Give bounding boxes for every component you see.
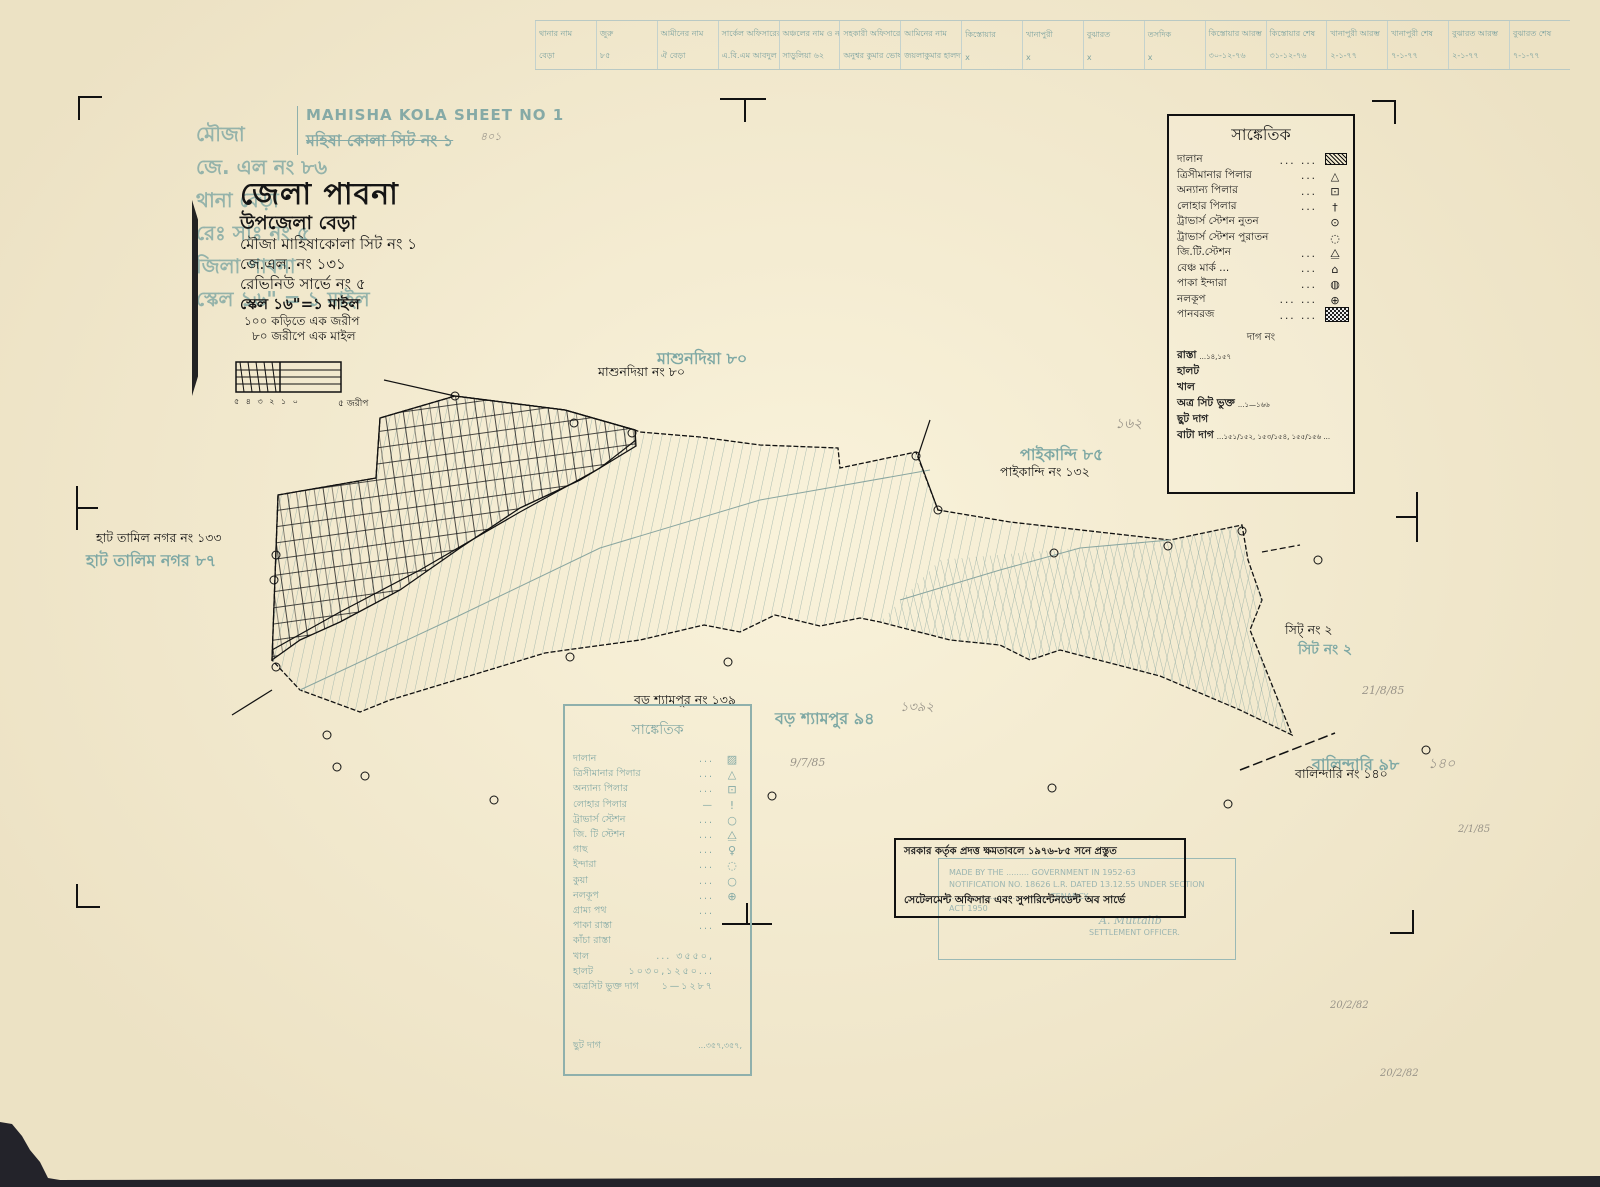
legend-title: সাঙ্কেতিক (1169, 122, 1353, 149)
legend-extra-row: অত্র সিট ভুক্ত...১—১৬৬ (1169, 397, 1353, 413)
legend-label: ইন্দারা (573, 858, 596, 873)
legend-label: নলকূপ (1177, 292, 1206, 309)
legend-dots: ... (625, 815, 722, 826)
legend-extra-items: রাস্তা...১৪,১৫৭হালটখালঅত্র সিট ভুক্ত...১… (1169, 349, 1353, 445)
legend-dots: ... (1231, 248, 1325, 260)
legend-dots: ... (596, 860, 722, 871)
trijunction-line-sw (232, 690, 272, 715)
legend-dots: ... ৩৫৫০, (589, 950, 722, 965)
legend-symbol-icon: ⊡ (722, 783, 742, 796)
legend-label: নলকূপ (573, 889, 599, 904)
legend-row: খাল... ৩৫৫০, (565, 949, 750, 964)
legend-label: অন্যান্য পিলার (1177, 183, 1238, 200)
legend-extra-row: ছুট দাগ (1169, 413, 1353, 429)
legend-label: লোহার পিলার (1177, 199, 1237, 216)
cert-english-role: SETTLEMENT OFFICER. (1089, 927, 1225, 939)
legend-extra-label: হালট (1177, 364, 1199, 381)
legend-row: জি. টি স্টেশন...⧋ (565, 828, 750, 843)
legend-dots: ১০৩০,১২৫০... (593, 965, 722, 980)
legend-extra-value: ...১৫১/১৫২, ১৫৩/১৫৪, ১৫৫/১৫৬ ... (1217, 431, 1330, 443)
legend-symbol-icon: ◌ (722, 859, 742, 872)
legend-label: দালান (573, 752, 596, 767)
chut-dag-label: ছুট দাগ (573, 1039, 601, 1054)
legend-symbol-icon: ⊡ (1325, 185, 1345, 198)
legend-row: দালান... ... (1169, 153, 1353, 169)
legend-label: গাছ (573, 843, 588, 858)
legend-teal-items: দালান...▨ত্রিসীমানার পিলার...△অন্যান্য প… (565, 752, 750, 995)
pencil-date-east: 21/8/85 (1362, 684, 1404, 697)
legend-dots: ... (588, 845, 722, 856)
legend-row: লোহার পিলার—! (565, 798, 750, 813)
neighbor-mouza-northeast: পাইকান্দি নং ১৩২ (1000, 464, 1090, 484)
legend-row: পানবরজ... ... (1169, 308, 1353, 324)
legend-dots: ... ... (1214, 310, 1325, 322)
legend-extra-label: ছুট দাগ (1177, 412, 1208, 429)
legend-label: দালান (1177, 152, 1203, 169)
legend-row: গ্রাম্য পথ... (565, 904, 750, 919)
legend-symbol-icon: ◍ (1325, 278, 1345, 291)
legend-symbol-icon: ⊕ (722, 890, 742, 903)
legend-row: কুয়া...○ (565, 874, 750, 889)
pencil-number-1: ১৬২ (1115, 412, 1142, 436)
pencil-number-3: ১৪০ (1428, 752, 1455, 776)
legend-row: হালট১০৩০,১২৫০... (565, 965, 750, 980)
legend-row: লোহার পিলার...† (1169, 200, 1353, 216)
legend-label: ট্রাভার্স স্টেশন পুরাতন (1177, 230, 1268, 247)
legend-label: বেঞ্চ মার্ক ... (1177, 261, 1229, 278)
legend-label: জি.টি.স্টেশন (1177, 245, 1231, 262)
legend-dots: ... (599, 891, 722, 902)
legend-symbol-icon: ⧋ (722, 829, 742, 843)
cert-bengali-bottom: সেটেলমেন্ট অফিসার এবং সুপারিন্টেনডেন্ট অ… (904, 893, 1125, 910)
trijunction-line-e (1262, 545, 1300, 552)
legend-row: অন্যান্য পিলার...⊡ (565, 782, 750, 797)
legend-label: ত্রিসীমানার পিলার (573, 767, 641, 782)
adjoining-sheet-label-teal: সিট নং ২ (1298, 638, 1352, 662)
pencil-number-2: ১৩৯২ (900, 698, 934, 719)
legend-dots: — (627, 800, 722, 811)
legend-label: কাঁচা রাস্তা (573, 934, 611, 949)
legend-symbol-icon: ○ (722, 875, 742, 888)
legend-extra-value: ...১—১৬৬ (1238, 399, 1270, 411)
neighbor-mouza-west-teal: হাট তালিম নগর ৮৭ (86, 548, 216, 575)
certification-bengali: সরকার কর্তৃক প্রদত্ত ক্ষমতাবলে ১৯৭৬-৮৫ স… (894, 838, 1186, 918)
neighbor-mouza-southeast: বালিন্দারি নং ১৪০ (1295, 766, 1388, 786)
legend-dots: ... (607, 906, 722, 917)
legend-extra-label: অত্র সিট ভুক্ত (1177, 396, 1235, 413)
legend-dots: ... (625, 830, 722, 841)
legend-label: হালট (573, 965, 593, 980)
legend-symbol-icon: ▨ (722, 753, 742, 766)
legend-row: নলকূপ...⊕ (565, 889, 750, 904)
legend-row: বেঞ্চ মার্ক ......⌂ (1169, 262, 1353, 278)
legend-symbol-icon: ⧋ (1325, 247, 1345, 261)
legend-dots: ... (1252, 170, 1325, 182)
legend-label: অত্রসিট ভুক্ত দাগ (573, 980, 639, 995)
legend-symbol-icon: ⊙ (1325, 216, 1345, 229)
chut-dag-value: ...৩৫৭,৩৫৭, (698, 1040, 742, 1053)
legend-symbol-icon: △ (722, 768, 742, 781)
legend-label: জি. টি স্টেশন (573, 828, 625, 843)
legend-row: অত্রসিট ভুক্ত দাগ১—১২৮৭ (565, 980, 750, 995)
legend-extra-row: রাস্তা...১৪,১৫৭ (1169, 349, 1353, 365)
legend-teal-title: সাঙ্কেতিক (565, 718, 750, 742)
legend-symbol-icon: ○ (722, 814, 742, 827)
legend-label: গ্রাম্য পথ (573, 904, 607, 919)
legend-row: অন্যান্য পিলার...⊡ (1169, 184, 1353, 200)
neighbor-mouza-south-teal: বড় শ্যামপুর ৯৪ (775, 706, 875, 733)
chut-dag-row: ছুট দাগ ...৩৫৭,৩৫৭, (565, 1039, 750, 1054)
legend-dots: ... ... (1206, 294, 1325, 306)
legend-row: ট্রাভার্স স্টেশন নুতন⊙ (1169, 215, 1353, 231)
legend-label: লোহার পিলার (573, 798, 627, 813)
legend-row: ইন্দারা...◌ (565, 858, 750, 873)
legend-items: দালান... ...ত্রিসীমানার পিলার...△অন্যান্… (1169, 153, 1353, 324)
legend-dots: ... (1237, 201, 1325, 213)
legend-symbol-icon: ⌂ (1325, 263, 1345, 276)
cert-bengali-top: সরকার কর্তৃক প্রদত্ত ক্ষমতাবলে ১৯৭৬-৮৫ স… (904, 844, 1176, 861)
legend-dots: ... (628, 784, 722, 795)
legend-symbol-icon: △ (1325, 170, 1345, 183)
pencil-date-bottom-right-1: 20/2/82 (1330, 1000, 1369, 1011)
legend-symbol-icon: ◌ (1325, 232, 1345, 245)
legend-dots: ... (1227, 279, 1325, 291)
legend-extra-value: ...১৪,১৫৭ (1199, 351, 1231, 363)
legend-row: ট্রাভার্স স্টেশন...○ (565, 813, 750, 828)
legend-dots: ... (588, 876, 722, 887)
legend-symbol-icon: † (1325, 201, 1345, 214)
neighbor-mouza-west: হাট তামিল নগর নং ১৩৩ (96, 530, 221, 550)
legend-row: নলকূপ... ...⊕ (1169, 293, 1353, 309)
legend-extra-label: খাল (1177, 380, 1195, 397)
legend-dots: ... (1229, 263, 1325, 275)
legend-label: ট্রাভার্স স্টেশন নুতন (1177, 214, 1259, 231)
legend-row: পাকা রাস্তা... (565, 919, 750, 934)
legend-box-teal: সাঙ্কেতিক দালান...▨ত্রিসীমানার পিলার...△… (563, 704, 752, 1076)
legend-dots: ১—১২৮৭ (639, 980, 722, 995)
pencil-number-4: ৪০১ (480, 128, 501, 147)
pencil-date-right: 2/1/85 (1458, 824, 1490, 835)
legend-extra-row: হালট (1169, 365, 1353, 381)
legend-dots: ... (612, 921, 722, 932)
neighbor-mouza-north: মাশুনদিয়া নং ৮০ (598, 364, 685, 384)
legend-label: ত্রিসীমানার পিলার (1177, 168, 1252, 185)
cadastral-map-sheet: থানার নামবেড়াজুরু৮৫আমীনের নামঐ বেড়াসার… (0, 0, 1600, 1187)
legend-extra-row: বাটা দাগ...১৫১/১৫২, ১৫৩/১৫৪, ১৫৫/১৫৬ ... (1169, 429, 1353, 445)
betel-garden-icon (1325, 307, 1345, 325)
legend-row: ট্রাভার্স স্টেশন পুরাতন◌ (1169, 231, 1353, 247)
legend-row: ত্রিসীমানার পিলার...△ (565, 767, 750, 782)
dag-heading: দাগ নং (1169, 330, 1353, 347)
legend-row: জি.টি.স্টেশন...⧋ (1169, 246, 1353, 262)
legend-extra-row: খাল (1169, 381, 1353, 397)
legend-row: কাঁচা রাস্তা (565, 934, 750, 949)
legend-row: গাছ...♀ (565, 843, 750, 858)
pencil-date-bottom-right-2: 20/2/82 (1380, 1068, 1419, 1079)
legend-dots: ... ... (1203, 155, 1325, 167)
legend-symbol-icon: ⊕ (1325, 294, 1345, 307)
legend-label: কুয়া (573, 874, 588, 889)
legend-row: দালান...▨ (565, 752, 750, 767)
legend-dots: ... (1238, 186, 1325, 198)
legend-label: পাকা রাস্তা (573, 919, 612, 934)
legend-row: ত্রিসীমানার পিলার...△ (1169, 169, 1353, 185)
legend-label: ট্রাভার্স স্টেশন (573, 813, 625, 828)
building-hatch-icon (1325, 153, 1345, 168)
legend-dots: ... (596, 754, 722, 765)
legend-box-main: সাঙ্কেতিক দালান... ...ত্রিসীমানার পিলার.… (1167, 114, 1355, 494)
legend-symbol-icon: ♀ (722, 844, 742, 857)
legend-extra-label: রাস্তা (1177, 348, 1196, 365)
pencil-date-south: 9/7/85 (790, 756, 825, 769)
legend-symbol-icon: ! (722, 799, 742, 812)
legend-label: অন্যান্য পিলার (573, 782, 628, 797)
legend-extra-label: বাটা দাগ (1177, 428, 1214, 445)
legend-label: পাকা ইন্দারা (1177, 276, 1227, 293)
legend-label: খাল (573, 950, 589, 965)
legend-dots: ... (641, 769, 722, 780)
legend-row: পাকা ইন্দারা...◍ (1169, 277, 1353, 293)
legend-label: পানবরজ (1177, 307, 1214, 324)
